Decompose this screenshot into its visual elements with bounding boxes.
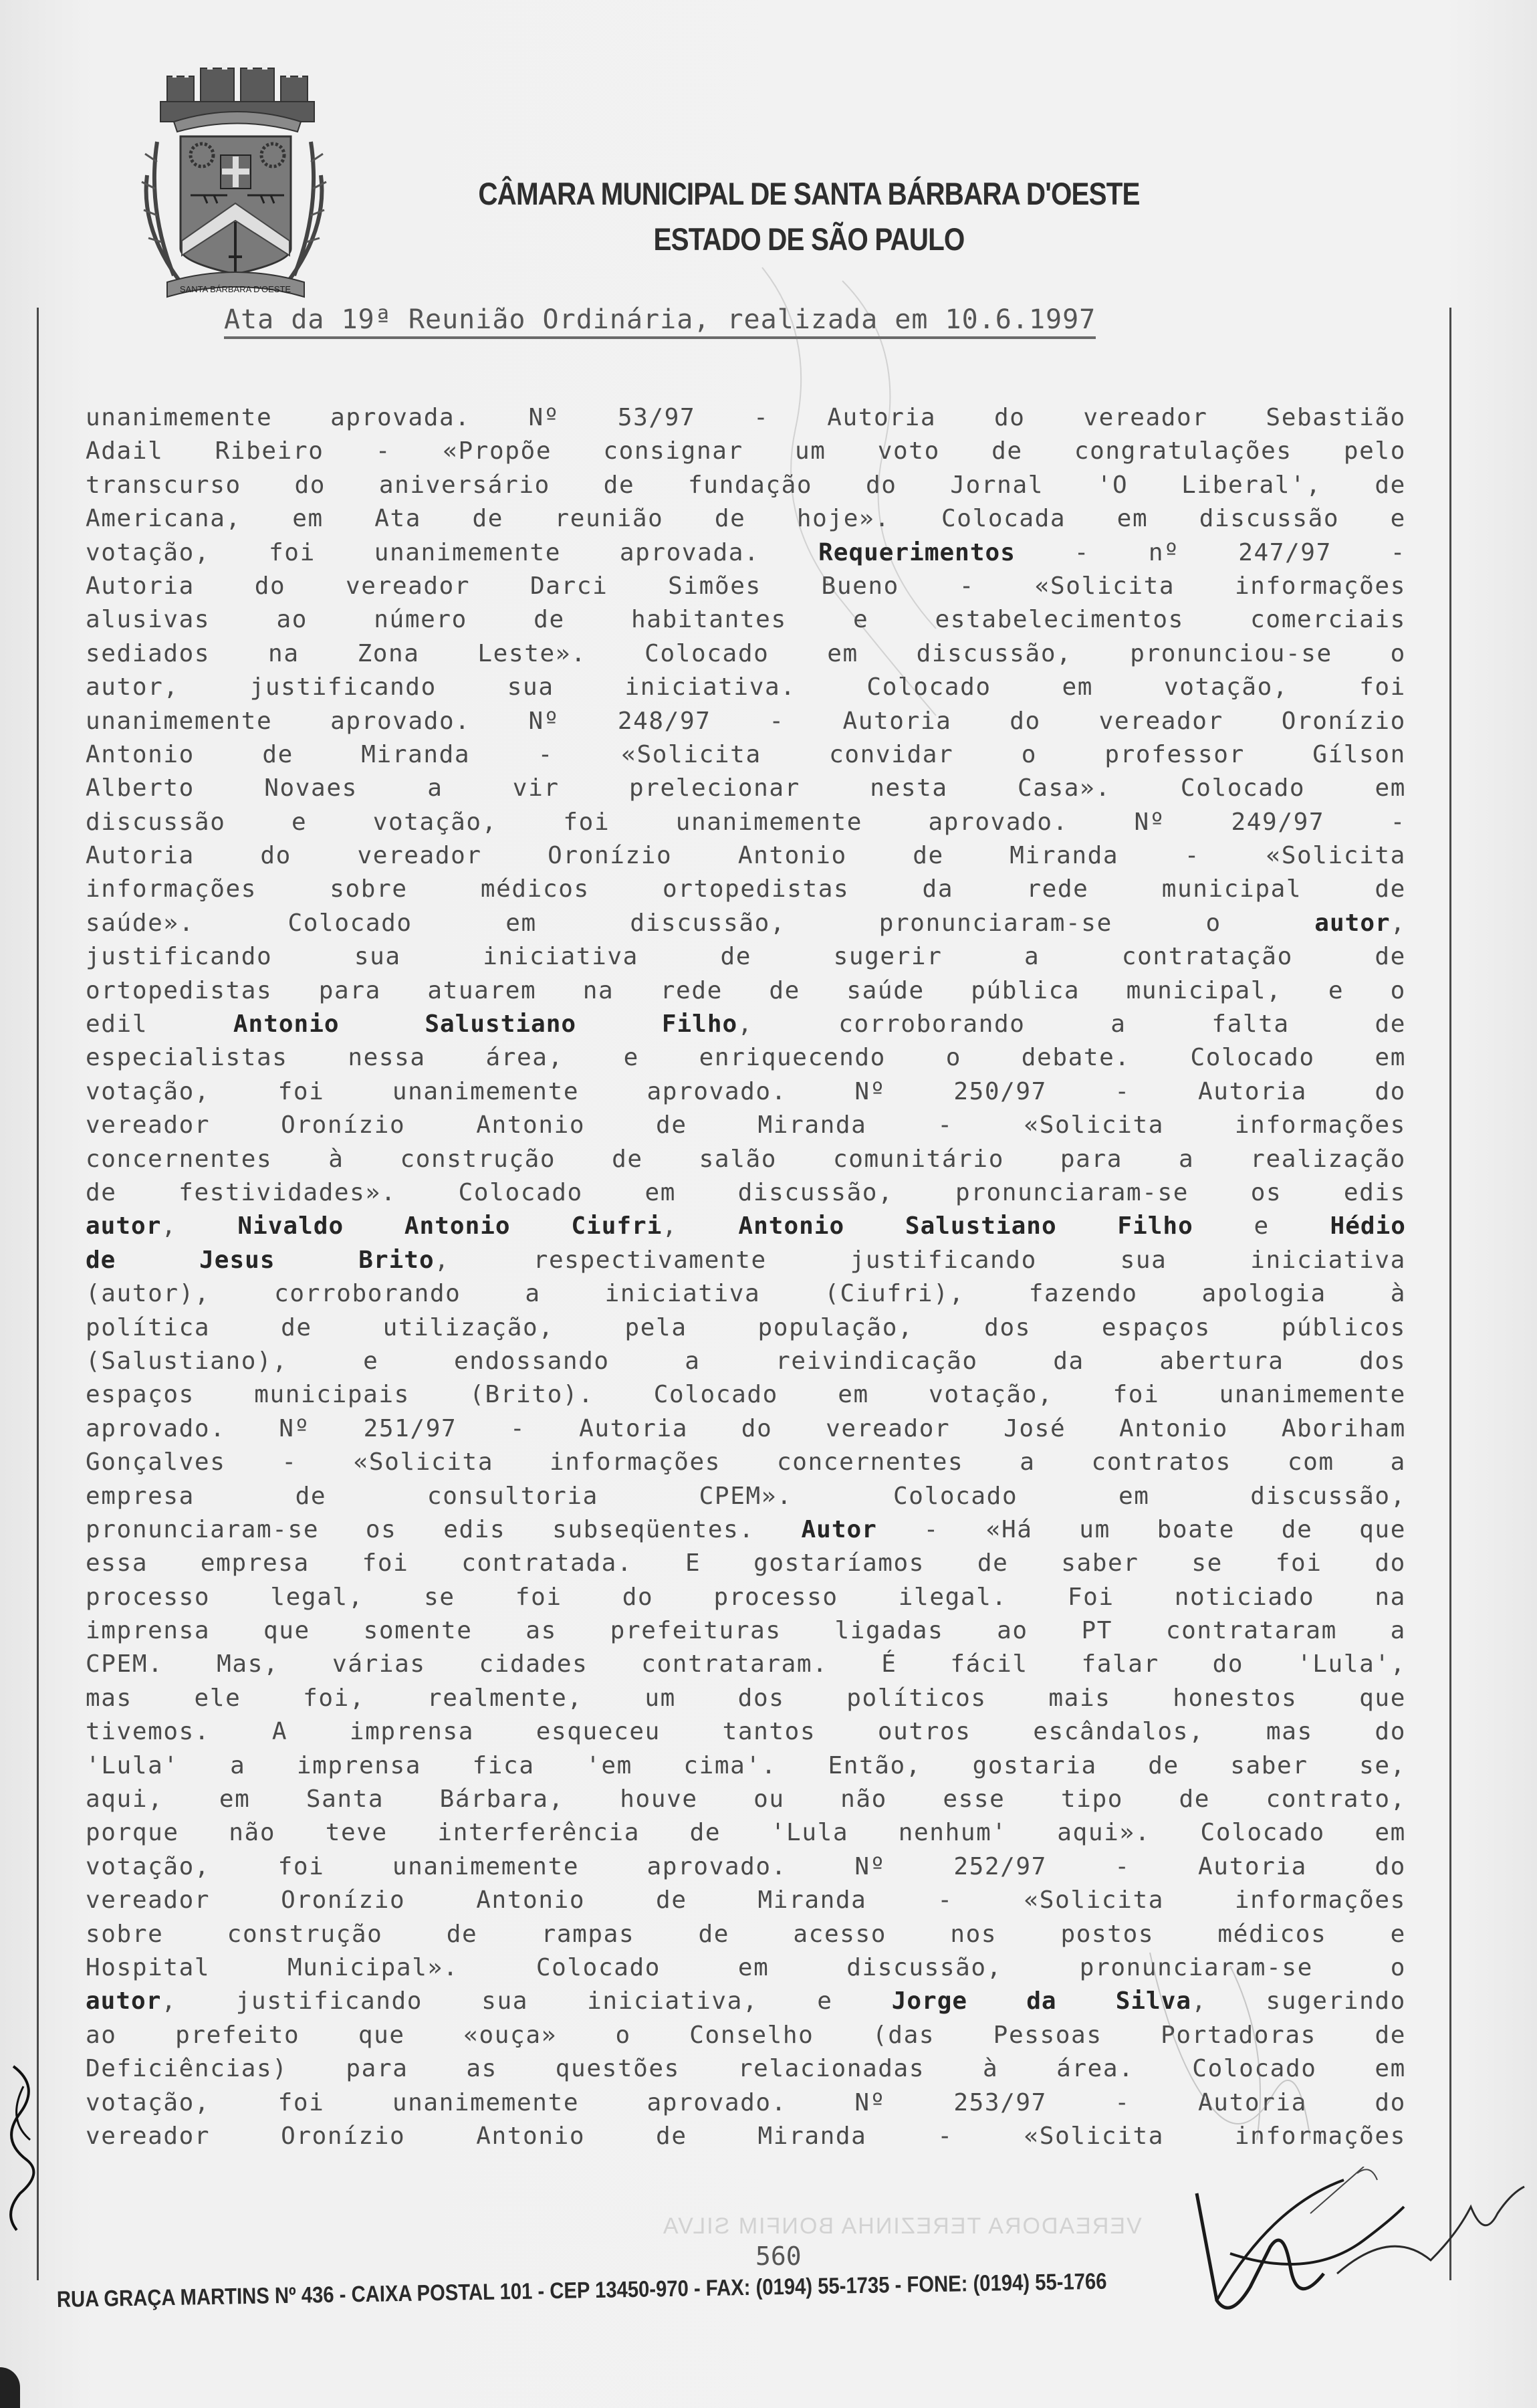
word: discussão [86, 806, 225, 839]
word: justificando [850, 1244, 1037, 1277]
word: (Brito). [469, 1378, 594, 1412]
word: apologia [1202, 1277, 1326, 1311]
word: espaços [86, 1378, 195, 1412]
word: de [656, 1884, 687, 1917]
word: contratada. [461, 1547, 632, 1580]
word: mas [86, 1682, 132, 1715]
word: Americana, [86, 502, 241, 536]
word: Salustiano [425, 1008, 576, 1041]
word: relacionadas [738, 2052, 925, 2086]
minutes-line: ortopedistasparaatuaremnarededesaúdepúbl… [86, 974, 1406, 1008]
word: em [292, 502, 324, 536]
word: de [86, 1176, 117, 1210]
word: convidar [829, 738, 953, 772]
word: autor, [86, 1210, 177, 1243]
word: Pessoas [993, 2019, 1102, 2052]
word: Autoria [86, 839, 195, 873]
word: Hospital [86, 1951, 210, 1985]
minutes-line: autor,NivaldoAntonioCiufri,AntonioSalust… [86, 1210, 1406, 1243]
svg-text:SANTA BÁRBARA D'OESTE: SANTA BÁRBARA D'OESTE [180, 284, 291, 294]
word: aqui, [86, 1783, 163, 1816]
word: área. [1056, 2052, 1134, 2086]
word: «Solicita [1024, 1884, 1164, 1917]
word: da [923, 873, 954, 906]
word: alusivas [86, 603, 210, 637]
word: do [1213, 1648, 1244, 1681]
word: Colocado [1201, 1816, 1325, 1850]
word: população, [758, 1311, 914, 1345]
word: de [473, 502, 504, 536]
word: na [1375, 1581, 1406, 1614]
minutes-line: porquenãoteveinterferênciade'Lulanenhum'… [86, 1816, 1406, 1850]
word: que [358, 2019, 405, 2052]
word: para [319, 974, 381, 1008]
word: tivemos. [86, 1715, 210, 1749]
word: foi [1113, 1378, 1160, 1412]
word: várias [332, 1648, 426, 1681]
word: unanimemente [374, 536, 561, 570]
word: votação, [86, 1850, 210, 1884]
word: Colocado [1190, 1041, 1314, 1075]
word: nesta [870, 772, 947, 805]
word: Antonio [1119, 1412, 1228, 1446]
word: aprovado. [330, 705, 470, 738]
word: informações [550, 1446, 721, 1479]
minutes-line: vereadorOronízioAntoniodeMiranda-«Solici… [86, 1884, 1406, 1917]
word: acesso [793, 1918, 886, 1951]
word: que [263, 1614, 310, 1648]
minutes-line: aprovado.Nº251/97-AutoriadovereadorJoséA… [86, 1412, 1406, 1446]
word: gostaria [973, 1749, 1097, 1783]
word: ao [86, 2019, 117, 2052]
word: ou [753, 1783, 785, 1816]
word: em [738, 1951, 770, 1985]
word: em [505, 907, 537, 940]
minutes-line: políticadeutilização,pelapopulação,doses… [86, 1311, 1406, 1345]
word: dos [1359, 1345, 1406, 1378]
word: - [924, 1513, 939, 1547]
word: fazendo [1029, 1277, 1138, 1311]
word: foi [278, 1075, 325, 1109]
word: vereador [86, 1884, 210, 1917]
word: espaços [1102, 1311, 1211, 1345]
word: Autoria [1198, 1850, 1307, 1884]
word: processo [713, 1581, 838, 1614]
word: do [622, 1581, 654, 1614]
state-name: ESTADO DE SÃO PAULO [435, 221, 1183, 257]
minutes-line: informaçõessobremédicosortopedistasdared… [86, 873, 1406, 906]
minutes-line: aqui,emSantaBárbara,houveounãoessetipode… [86, 1783, 1406, 1816]
word: autor, [1314, 907, 1406, 940]
word: e [624, 1041, 639, 1075]
word: 251/97 [364, 1412, 457, 1446]
word: «Propõe [443, 435, 552, 468]
word: 'Lula', [1297, 1648, 1406, 1681]
word: Oronízio [281, 1109, 405, 1142]
word: concernentes [777, 1446, 963, 1479]
word: Miranda [758, 2120, 867, 2153]
word: respectivamente [534, 1244, 767, 1277]
word: processo [86, 1581, 210, 1614]
minutes-line: pronunciaram-seosedissubseqüentes.Autor-… [86, 1513, 1406, 1547]
word: ilegal. [899, 1581, 1008, 1614]
word: concernentes [86, 1143, 272, 1176]
word: de [690, 1816, 721, 1850]
word: unanimemente [1219, 1378, 1406, 1412]
word: foi [1276, 1547, 1322, 1580]
word: aprovado. [647, 1075, 787, 1109]
word: aprovado. [647, 2086, 787, 2120]
word: foi [515, 1581, 562, 1614]
word: os [366, 1513, 397, 1547]
word: prefeituras [610, 1614, 782, 1648]
word: à [328, 1143, 344, 1176]
word: Autoria [579, 1412, 688, 1446]
word: - [376, 435, 391, 468]
word: unanimemente [86, 401, 272, 435]
word: aprovado. [647, 1850, 787, 1884]
word: pronunciaram-se [879, 907, 1112, 940]
minutes-line: empresadeconsultoriaCPEM».Colocadoemdisc… [86, 1480, 1406, 1513]
word: Santa [306, 1783, 384, 1816]
word: de [262, 738, 293, 772]
word: Autoria [86, 570, 195, 603]
word: Ata [374, 502, 421, 536]
minutes-line: saúde».Colocadoemdiscussão,pronunciaram-… [86, 907, 1406, 940]
word: - [937, 2120, 953, 2153]
word: Antonio [476, 1109, 585, 1142]
word: PT [1081, 1614, 1112, 1648]
word: prelecionar [629, 772, 800, 805]
word: na [268, 637, 300, 671]
word: somente [364, 1614, 473, 1648]
right-margin-rule [1449, 308, 1451, 2280]
word: Nº [528, 401, 560, 435]
faint-signature-top-icon [735, 254, 1016, 722]
word: sua [507, 671, 554, 704]
word: votação, [373, 806, 497, 839]
word: imprensa [86, 1614, 210, 1648]
word: sua [481, 1985, 528, 2018]
word: imprensa [297, 1749, 421, 1783]
word: o [1022, 738, 1037, 772]
word: nenhum' [899, 1816, 1008, 1850]
word: de [281, 1311, 312, 1345]
word: Casa». [1018, 772, 1111, 805]
word: da [1053, 1345, 1084, 1378]
word: do [255, 570, 286, 603]
word: em [1117, 502, 1149, 536]
word: mas [1266, 1715, 1313, 1749]
word: de [1375, 1008, 1406, 1041]
word: Ciufri, [571, 1210, 677, 1243]
word: o [1391, 637, 1406, 671]
word: Leste». [477, 637, 586, 671]
word: para [1060, 1143, 1122, 1176]
word: foi [1359, 671, 1406, 704]
word: comerciais [1250, 603, 1406, 637]
word: de [913, 839, 944, 873]
word: do [1375, 1547, 1406, 1580]
word: Antonio [738, 839, 847, 873]
word: congratulações [1074, 435, 1292, 468]
word: de [295, 1480, 327, 1513]
word: unanimemente [86, 705, 272, 738]
word: municipal [1162, 873, 1302, 906]
word: Antonio [476, 1884, 585, 1917]
word: porque [86, 1816, 179, 1850]
minutes-line: maselefoi,realmente,umdospolíticosmaisho… [86, 1682, 1406, 1715]
word: se, [1359, 1749, 1406, 1783]
minutes-line: concernentesàconstruçãodesalãocomunitári… [86, 1143, 1406, 1176]
word: vereador [1083, 401, 1207, 435]
word: discussão, [630, 907, 786, 940]
word: do [295, 469, 326, 502]
word: contratos [1091, 1446, 1231, 1479]
word: vereador [86, 1109, 210, 1142]
word: honestos [1173, 1682, 1297, 1715]
word: de [534, 603, 565, 637]
word: votação, [86, 536, 210, 570]
word: informações [86, 873, 257, 906]
word: subseqüentes. [552, 1513, 755, 1547]
word: Miranda [758, 1109, 867, 1142]
word: Oronízio [1282, 705, 1406, 738]
word: Deficiências) [86, 2052, 288, 2086]
minutes-line: edilAntonioSalustianoFilho,corroborandoa… [86, 1008, 1406, 1041]
word: aprovada. [330, 401, 470, 435]
word: de [656, 2120, 687, 2153]
word: Oronízio [281, 2120, 405, 2153]
word: em [838, 1378, 869, 1412]
word: edil [86, 1008, 148, 1041]
word: Nº [528, 705, 560, 738]
page-number: 560 [755, 2241, 802, 2271]
word: 'O [1097, 469, 1129, 502]
word: sobre [330, 873, 407, 906]
word: cidades [479, 1648, 588, 1681]
word: consignar [603, 435, 743, 468]
word: 248/97 [618, 705, 711, 738]
word: (autor), [86, 1277, 210, 1311]
word: aprovado. [929, 806, 1068, 839]
word: Antonio [233, 1008, 340, 1041]
word: de [1375, 469, 1406, 502]
word: municipais [254, 1378, 410, 1412]
word: em [1375, 1041, 1406, 1075]
minutes-line: AntoniodeMiranda-«Solicitaconvidaroprofe… [86, 738, 1406, 772]
word: rede [661, 974, 723, 1008]
word: Gílson [1312, 738, 1406, 772]
word: ligadas [834, 1614, 943, 1648]
word: Jorge [892, 1985, 967, 2018]
faded-stamp: VEREADORA TEREZINHA BONFIM SILVA [662, 2213, 1142, 2239]
minutes-line: (Salustiano),eendossandoareivindicaçãoda… [86, 1345, 1406, 1378]
minutes-line: 'Lula'aimprensafica'emcima'.Então,gostar… [86, 1749, 1406, 1783]
word: Zona [357, 637, 419, 671]
word: Gonçalves [86, 1446, 225, 1479]
word: e [363, 1345, 378, 1378]
word: políticos [846, 1682, 986, 1715]
word: a [1179, 1143, 1194, 1176]
word: atuarem [427, 974, 536, 1008]
word: saúde [846, 974, 924, 1008]
word: enriquecendo [699, 1041, 886, 1075]
word: votação, [86, 1075, 210, 1109]
word: «Solicita [1024, 1109, 1164, 1142]
word: que [1359, 1513, 1406, 1547]
word: se [1191, 1547, 1223, 1580]
word: dos [984, 1311, 1031, 1345]
word: contrataram. [641, 1648, 828, 1681]
word: Antonio [476, 2120, 585, 2153]
word: informações [1235, 570, 1406, 603]
word: construção [227, 1918, 383, 1951]
word: boate [1157, 1513, 1235, 1547]
word: a [1020, 1446, 1035, 1479]
word: realmente, [427, 1682, 583, 1715]
word: 53/97 [618, 401, 695, 435]
word: em [1062, 671, 1094, 704]
word: um [1079, 1513, 1110, 1547]
signature-left-icon [0, 2060, 47, 2233]
word: sediados [86, 637, 210, 671]
word: imprensa [350, 1715, 474, 1749]
word: contrato, [1266, 1783, 1405, 1816]
word: de [447, 1918, 478, 1951]
minutes-line: AutoriadovereadorOronízioAntoniodeMirand… [86, 839, 1406, 873]
word: endossando [454, 1345, 610, 1378]
word: - [510, 1412, 525, 1446]
word: autor, [86, 671, 179, 704]
word: transcurso [86, 469, 241, 502]
word: votação, [929, 1378, 1053, 1412]
word: ao [997, 1614, 1028, 1648]
word: cima'. [683, 1749, 777, 1783]
word: vereador [826, 1412, 950, 1446]
word: o [615, 2019, 630, 2052]
word: questões [556, 2052, 680, 2086]
word: a [1391, 1614, 1406, 1648]
word: as [466, 2052, 497, 2086]
word: informações [1235, 1109, 1406, 1142]
word: pelo [1344, 435, 1406, 468]
word: aniversário [379, 469, 550, 502]
word: empresa [201, 1547, 310, 1580]
word: - [538, 738, 554, 772]
word: pronunciou-se [1130, 637, 1332, 671]
word: Antonio [404, 1210, 511, 1243]
word: - [1114, 1850, 1130, 1884]
word: E [685, 1547, 701, 1580]
word: corroborando [274, 1277, 461, 1311]
word: Adail [86, 435, 163, 468]
word: de [86, 1244, 116, 1277]
word: iniciativa [1250, 1244, 1406, 1277]
word: Nº [854, 1075, 886, 1109]
word: Filho, [662, 1008, 753, 1041]
word: 253/97 [953, 2086, 1047, 2120]
word: Mas, [217, 1648, 279, 1681]
word: Aboriham [1282, 1412, 1406, 1446]
word: A [272, 1715, 287, 1749]
word: número [374, 603, 467, 637]
word: Antonio [738, 1210, 844, 1243]
word: vereador [346, 570, 470, 603]
word: saúde». [86, 907, 195, 940]
word: contrataram [1166, 1614, 1337, 1648]
word: iniciativa [483, 940, 638, 974]
word: 252/97 [953, 1850, 1047, 1884]
word: as [525, 1614, 557, 1648]
word: Autor [801, 1513, 876, 1547]
word: da [1026, 1985, 1056, 2018]
word: Autoria [1198, 1075, 1307, 1109]
word: Novaes [264, 772, 358, 805]
word: Colocado [288, 907, 412, 940]
word: Colocado [536, 1951, 661, 1985]
faint-signature-icon [1137, 1939, 1417, 2160]
word: ao [276, 603, 308, 637]
word: vereador [86, 2120, 210, 2153]
word: reunião [555, 502, 664, 536]
minutes-line: votação,foiunanimementeaprovado.Nº250/97… [86, 1075, 1406, 1109]
word: (das [872, 2019, 935, 2052]
word: falar [1081, 1648, 1159, 1681]
word: festividades». [179, 1176, 396, 1210]
word: votação, [1164, 671, 1288, 704]
word: Miranda [361, 738, 470, 772]
word: - [1391, 536, 1406, 570]
signature-right-icon [1190, 2167, 1537, 2327]
word: justificando [250, 671, 437, 704]
word: à [1391, 1277, 1406, 1311]
minutes-line: Gonçalves-«Solicitainformaçõesconcernent… [86, 1446, 1406, 1479]
word: área, [485, 1041, 563, 1075]
word: sua [354, 940, 401, 974]
word: professor [1104, 738, 1244, 772]
word: Sebastião [1266, 401, 1405, 435]
word: esse [943, 1783, 1005, 1816]
word: de [1375, 873, 1406, 906]
word: essa [86, 1547, 148, 1580]
word: em [1375, 1816, 1406, 1850]
word: vir [513, 772, 560, 805]
word: Antonio [86, 738, 195, 772]
word: CPEM». [699, 1480, 793, 1513]
word: Nivaldo [237, 1210, 344, 1243]
word: a [1110, 1008, 1126, 1041]
word: discussão, [738, 1176, 894, 1210]
word: de [699, 1918, 730, 1951]
word: nos [950, 1918, 997, 1951]
word: em [644, 1176, 676, 1210]
word: Bárbara, [440, 1783, 564, 1816]
word: vereador [1099, 705, 1223, 738]
word: informações [1235, 1884, 1406, 1917]
word: Colocado [893, 1480, 1018, 1513]
word: saber [1061, 1547, 1139, 1580]
word: não [229, 1816, 275, 1850]
word: consultoria [427, 1480, 598, 1513]
word: - [1185, 839, 1200, 873]
word: de [1148, 1749, 1179, 1783]
word: esqueceu [536, 1715, 661, 1749]
word: (Salustiano), [86, 1345, 288, 1378]
word: fácil [950, 1648, 1028, 1681]
minutes-line: (autor),corroborandoainiciativa(Ciufri),… [86, 1277, 1406, 1311]
word: Conselho [689, 2019, 814, 2052]
